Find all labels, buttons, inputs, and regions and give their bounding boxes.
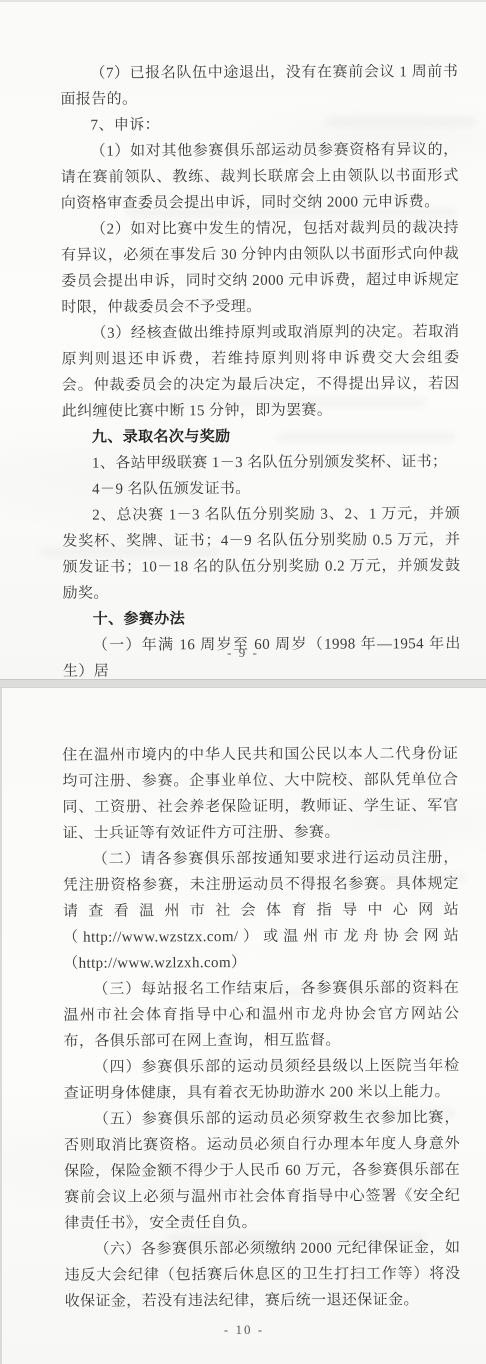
paragraph: （二）请各参赛俱乐部按通知要求进行运动员注册，凭注册资格参赛，未注册运动员不得报… <box>63 845 460 977</box>
paragraph: （2）如对比赛中发生的情况，包括对裁判员的裁决持有异议，必须在事发后 30 分钟… <box>61 215 459 321</box>
paragraph: （7）已报名队伍中途退出，没有在赛前会议 1 周前书面报告的。 <box>60 59 458 113</box>
paragraph: 7、申诉： <box>60 111 458 139</box>
paragraph: （三）每站报名工作结束后，各参赛俱乐部的资料在温州市社会体育指导中心和温州市龙舟… <box>63 975 459 1055</box>
scanned-page-9: （7）已报名队伍中途退出，没有在赛前会议 1 周前书面报告的。 7、申诉： （1… <box>0 0 486 680</box>
paragraph: （六）各参赛俱乐部必须缴纳 2000 元纪律保证金，如违反大会纪律（包括赛后休息… <box>64 1235 460 1315</box>
paragraph: （四）参赛俱乐部的运动员须经县级以上医院当年检查证明身体健康，具有着衣无协助游水… <box>64 1053 460 1107</box>
page-9-text: （7）已报名队伍中途退出，没有在赛前会议 1 周前书面报告的。 7、申诉： （1… <box>0 1 486 685</box>
page-number: - 10 - <box>2 1322 486 1338</box>
paragraph: （1）如对其他参赛俱乐部运动员参赛资格有异议的，请在赛前领队、教练、裁判长联席会… <box>61 137 459 217</box>
paragraph: （3）经核查做出维持原判或取消原判的决定。若取消原判则退还申诉费，若维持原判则将… <box>61 319 459 425</box>
paragraph: 1、各站甲级联赛 1－3 名队伍分别颁发奖杯、证书； <box>62 449 460 477</box>
scanned-page-10: 住在温州市境内的中华人民共和国公民以本人二代身份证均可注册、参赛。企事业单位、大… <box>0 687 486 1364</box>
paragraph: 2、总决赛 1－3 名队伍分别奖励 3、2、1 万元，并颁发奖杯、奖牌、证书；4… <box>62 501 460 607</box>
page-10-text: 住在温州市境内的中华人民共和国公民以本人二代身份证均可注册、参赛。企事业单位、大… <box>2 687 486 1315</box>
section-heading-awards: 九、录取名次与奖励 <box>62 423 460 451</box>
paragraph: （五）参赛俱乐部的运动员必须穿救生衣参加比赛，否则取消比赛资格。运动员必须自行办… <box>64 1105 461 1237</box>
paragraph: 4－9 名队伍颁发证书。 <box>62 475 460 503</box>
paragraph: 住在温州市境内的中华人民共和国公民以本人二代身份证均可注册、参赛。企事业单位、大… <box>62 741 458 847</box>
page-number: - 9 - <box>0 645 486 661</box>
section-heading-entry-method: 十、参赛办法 <box>63 605 461 633</box>
